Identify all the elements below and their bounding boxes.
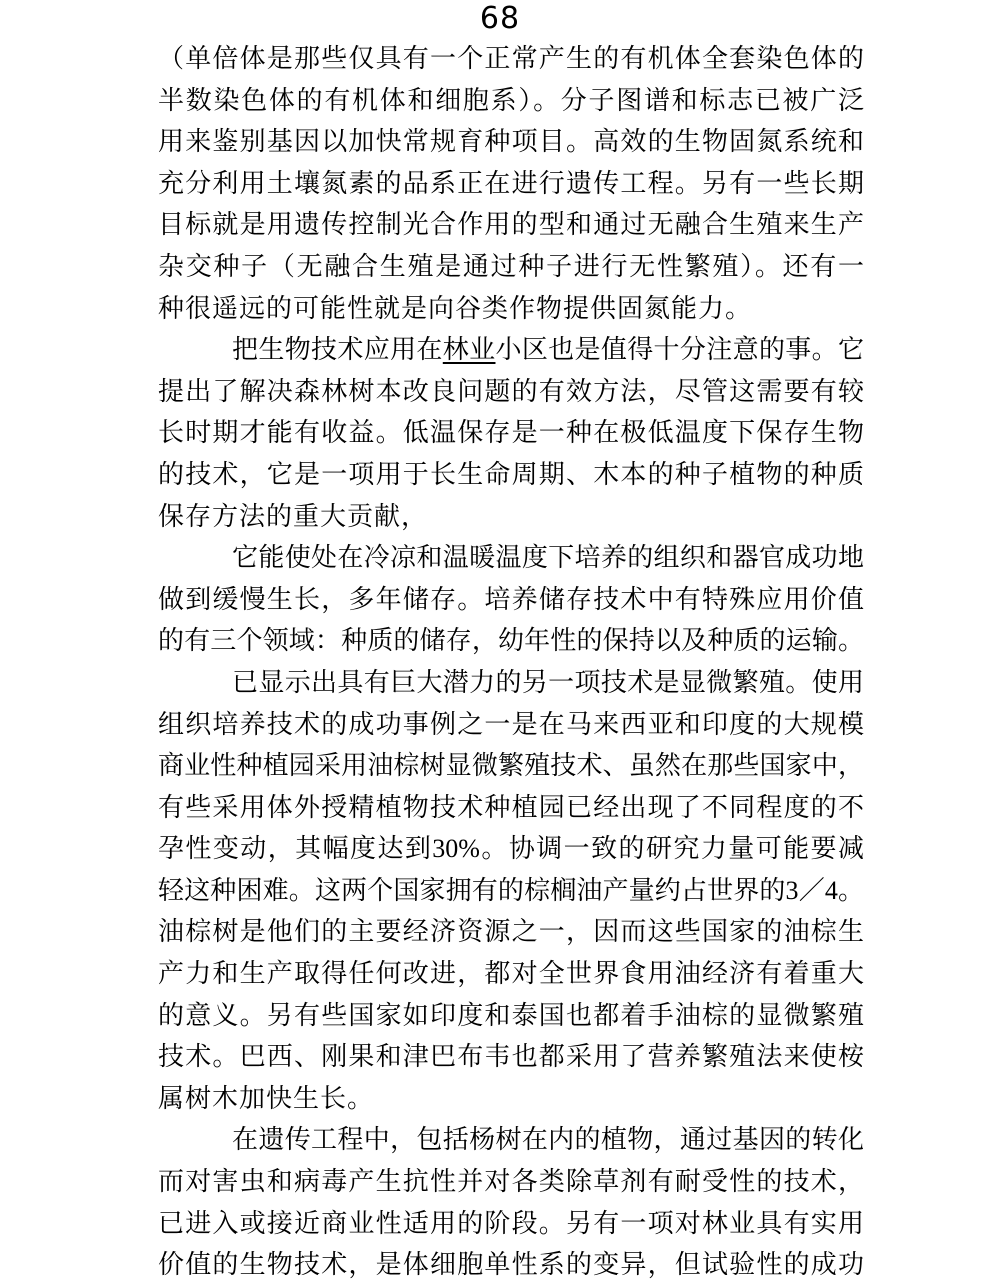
- text-line: 组织培养技术的成功事例之一是在马来西亚和印度的大规模: [158, 704, 864, 746]
- text-line: 半数染色体的有机体和细胞系）。分子图谱和标志已被广泛: [158, 80, 864, 122]
- text-line: 油棕树是他们的主要经济资源之一，因而这些国家的油棕生: [158, 911, 864, 953]
- text-line: 轻这种困难。这两个国家拥有的棕榈油产量约占世界的3／4。: [158, 870, 864, 912]
- text-line: （单倍体是那些仅具有一个正常产生的有机体全套染色体的: [158, 38, 864, 80]
- text-line: 它能使处在冷凉和温暖温度下培养的组织和器官成功地: [158, 537, 864, 579]
- text-line: 价值的生物技术，是体细胞单性系的变异，但试验性的成功: [158, 1244, 864, 1284]
- text-line: 技术。巴西、刚果和津巴布韦也都采用了营养繁殖法来使桉: [158, 1036, 864, 1078]
- underlined-text: 林业: [443, 335, 496, 364]
- text-line: 充分利用土壤氮素的品系正在进行遗传工程。另有一些长期: [158, 163, 864, 205]
- text-line: 的技术，它是一项用于长生命周期、木本的种子植物的种质: [158, 454, 864, 496]
- text-line: 做到缓慢生长，多年储存。培养储存技术中有特殊应用价值: [158, 579, 864, 621]
- text-line: 产力和生产取得任何改进，都对全世界食用油经济有着重大: [158, 953, 864, 995]
- text-line: 已显示出具有巨大潜力的另一项技术是显微繁殖。使用: [158, 662, 864, 704]
- text-line: 商业性种植园采用油棕树显微繁殖技术、虽然在那些国家中，: [158, 745, 864, 787]
- text-line: 属树木加快生长。: [158, 1078, 864, 1120]
- scanned-document-page: 68 （单倍体是那些仅具有一个正常产生的有机体全套染色体的半数染色体的有机体和细…: [0, 0, 1000, 1284]
- text-line: 种很遥远的可能性就是向谷类作物提供固氮能力。: [158, 288, 864, 330]
- text-line: 有些采用体外授精植物技术种植园已经出现了不同程度的不: [158, 787, 864, 829]
- text-line: 用来鉴别基因以加快常规育种项目。高效的生物固氮系统和: [158, 121, 864, 163]
- text-line: 目标就是用遗传控制光合作用的型和通过无融合生殖来生产: [158, 204, 864, 246]
- text-line: 提出了解决森林树本改良问题的有效方法，尽管这需要有较: [158, 371, 864, 413]
- text-line: 的有三个领域：种质的储存，幼年性的保持以及种质的运输。: [158, 620, 864, 662]
- text-line: 把生物技术应用在林业小区也是值得十分注意的事。它: [158, 329, 864, 371]
- text-line: 在遗传工程中，包括杨树在内的植物，通过基因的转化: [158, 1119, 864, 1161]
- page-number: 68: [0, 2, 1000, 36]
- text-line: 的意义。另有些国家如印度和泰国也都着手油棕的显微繁殖: [158, 995, 864, 1037]
- text-line: 杂交种子（无融合生殖是通过种子进行无性繁殖）。还有一: [158, 246, 864, 288]
- text-line: 孕性变动，其幅度达到30%。协调一致的研究力量可能要减: [158, 828, 864, 870]
- text-line: 而对害虫和病毒产生抗性并对各类除草剂有耐受性的技术，: [158, 1161, 864, 1203]
- text-line: 保存方法的重大贡献，: [158, 496, 864, 538]
- text-line: 已进入或接近商业性适用的阶段。另有一项对林业具有实用: [158, 1203, 864, 1245]
- text-line: 长时期才能有收益。低温保存是一种在极低温度下保存生物: [158, 412, 864, 454]
- body-text: （单倍体是那些仅具有一个正常产生的有机体全套染色体的半数染色体的有机体和细胞系）…: [158, 38, 864, 1284]
